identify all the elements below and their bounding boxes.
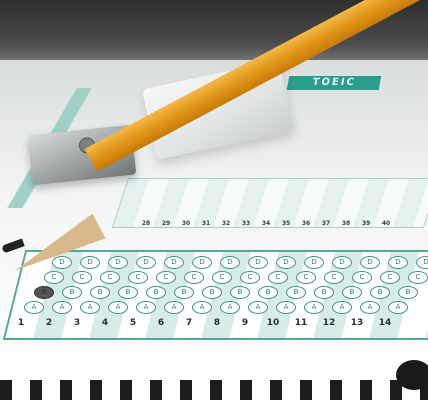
- bubble[interactable]: C: [72, 271, 92, 284]
- bubble[interactable]: C: [240, 271, 260, 284]
- bubble[interactable]: C: [408, 271, 428, 284]
- bubble-row-b: B B B B B B B B B B B B B B: [34, 286, 418, 299]
- question-number: 40: [380, 220, 392, 227]
- question-number: 29: [160, 220, 172, 227]
- bubble[interactable]: D: [360, 256, 380, 269]
- timing-marks: [0, 380, 428, 400]
- far-question-numbers: 28 29 30 31 32 33 34 35 36 37 38 39 40: [140, 220, 392, 227]
- bubble[interactable]: B: [118, 286, 138, 299]
- bubble[interactable]: B: [342, 286, 362, 299]
- question-number: 10: [266, 318, 280, 328]
- bubble[interactable]: D: [304, 256, 324, 269]
- question-number: 38: [340, 220, 352, 227]
- bubble[interactable]: B: [258, 286, 278, 299]
- bubble[interactable]: B: [370, 286, 390, 299]
- bubble[interactable]: B: [314, 286, 334, 299]
- bubble[interactable]: C: [184, 271, 204, 284]
- bubble[interactable]: C: [156, 271, 176, 284]
- question-number: 13: [350, 318, 364, 328]
- bubble[interactable]: A: [108, 301, 128, 314]
- bubble[interactable]: C: [212, 271, 232, 284]
- bubble-row-c: C C C C C C C C C C C C C C: [44, 271, 428, 284]
- bubble[interactable]: A: [332, 301, 352, 314]
- bubble[interactable]: A: [80, 301, 100, 314]
- bubble[interactable]: B: [230, 286, 250, 299]
- bubble[interactable]: B: [174, 286, 194, 299]
- sheet-title: TOEIC: [287, 76, 381, 90]
- bubble[interactable]: D: [416, 256, 428, 269]
- question-number: 39: [360, 220, 372, 227]
- bubble[interactable]: C: [324, 271, 344, 284]
- bubble[interactable]: C: [100, 271, 120, 284]
- question-number: 8: [210, 318, 224, 328]
- bubble[interactable]: C: [44, 271, 64, 284]
- bubble[interactable]: A: [388, 301, 408, 314]
- question-number: 5: [126, 318, 140, 328]
- bubble[interactable]: A: [304, 301, 324, 314]
- bubble[interactable]: A: [136, 301, 156, 314]
- question-number: 37: [320, 220, 332, 227]
- question-number: 36: [300, 220, 312, 227]
- question-number: 9: [238, 318, 252, 328]
- bubble[interactable]: C: [380, 271, 400, 284]
- bubble[interactable]: B: [202, 286, 222, 299]
- bubble[interactable]: D: [80, 256, 100, 269]
- bubble[interactable]: D: [332, 256, 352, 269]
- bubble[interactable]: D: [108, 256, 128, 269]
- bubble[interactable]: A: [164, 301, 184, 314]
- question-number: 12: [322, 318, 336, 328]
- bubble[interactable]: D: [164, 256, 184, 269]
- bubble[interactable]: B: [398, 286, 418, 299]
- question-number: 31: [200, 220, 212, 227]
- question-number: 6: [154, 318, 168, 328]
- question-number: 32: [220, 220, 232, 227]
- question-number: 35: [280, 220, 292, 227]
- bubble[interactable]: D: [276, 256, 296, 269]
- question-number: 3: [70, 318, 84, 328]
- bubble[interactable]: A: [276, 301, 296, 314]
- question-number: 2: [42, 318, 56, 328]
- question-number: 14: [378, 318, 392, 328]
- bubble[interactable]: A: [52, 301, 72, 314]
- question-number: 1: [14, 318, 28, 328]
- bubble[interactable]: C: [128, 271, 148, 284]
- bubble-row-a: A A A A A A A A A A A A A A: [24, 301, 408, 314]
- bubble[interactable]: A: [192, 301, 212, 314]
- bubble[interactable]: A: [360, 301, 380, 314]
- question-number: 34: [260, 220, 272, 227]
- bubble[interactable]: A: [248, 301, 268, 314]
- question-number: 7: [182, 318, 196, 328]
- bubble[interactable]: C: [296, 271, 316, 284]
- near-question-numbers: 1 2 3 4 5 6 7 8 9 10 11 12 13 14: [14, 318, 392, 328]
- bubble[interactable]: C: [268, 271, 288, 284]
- bubble[interactable]: D: [388, 256, 408, 269]
- bubble[interactable]: B: [62, 286, 82, 299]
- question-number: 4: [98, 318, 112, 328]
- bubble[interactable]: B: [146, 286, 166, 299]
- question-number: 11: [294, 318, 308, 328]
- bubble[interactable]: A: [220, 301, 240, 314]
- bubble-row-d: D D D D D D D D D D D D D D: [52, 256, 428, 269]
- binder-hole: [396, 360, 428, 390]
- bubble[interactable]: B: [90, 286, 110, 299]
- question-number: 28: [140, 220, 152, 227]
- bubble[interactable]: D: [192, 256, 212, 269]
- bubble[interactable]: A: [24, 301, 44, 314]
- question-number: 33: [240, 220, 252, 227]
- bubble[interactable]: D: [248, 256, 268, 269]
- bubble[interactable]: B: [286, 286, 306, 299]
- bubble[interactable]: D: [220, 256, 240, 269]
- bubble[interactable]: D: [136, 256, 156, 269]
- bubble[interactable]: C: [352, 271, 372, 284]
- question-number: 30: [180, 220, 192, 227]
- bubble-filled[interactable]: B: [34, 286, 54, 299]
